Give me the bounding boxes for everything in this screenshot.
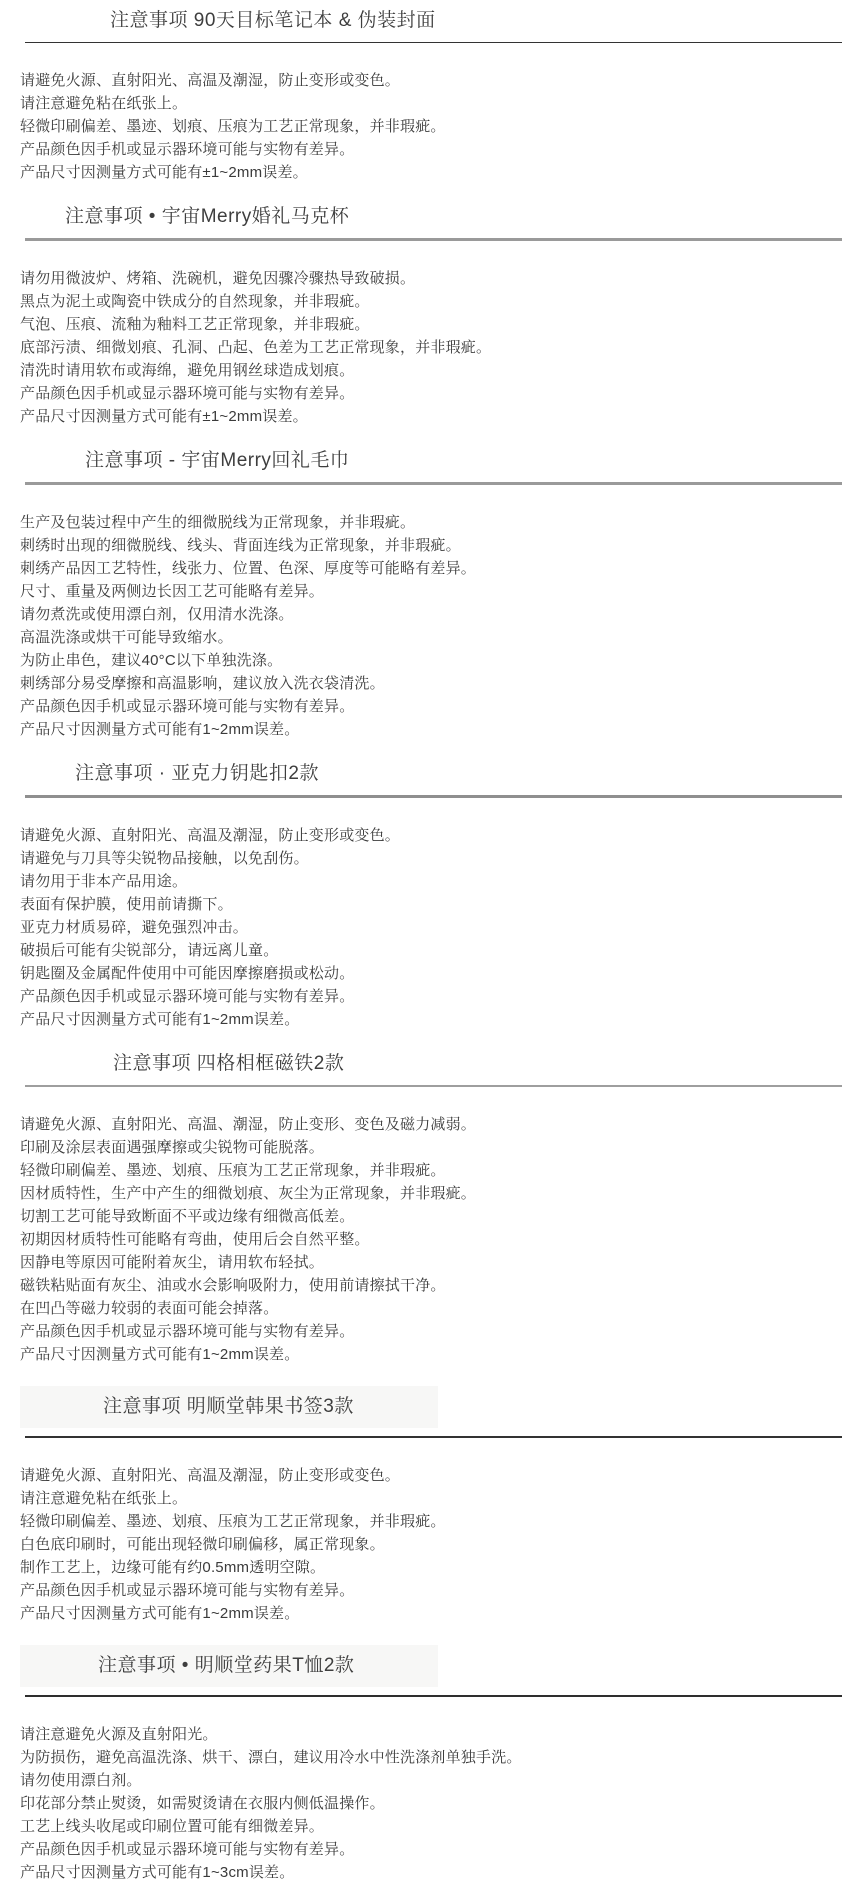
notice-line: 因静电等原因可能附着灰尘，请用软布轻拭。 <box>20 1251 820 1274</box>
section-notebook-cover: 注意事项 90天目标笔记本 & 伪装封面 请避免火源、直射阳光、高温及潮湿，防止… <box>0 8 860 184</box>
section-gift-towel: 注意事项 - 宇宙Merry回礼毛巾 生产及包装过程中产生的细微脱线为正常现象，… <box>0 448 860 741</box>
notice-line: 刺绣产品因工艺特性，线张力、位置、色深、厚度等可能略有差异。 <box>20 557 820 580</box>
section-divider <box>25 238 842 241</box>
notice-line: 产品颜色因手机或显示器环境可能与实物有差异。 <box>20 695 820 718</box>
notice-line: 请避免火源、直射阳光、高温、潮湿，防止变形、变色及磁力减弱。 <box>20 1113 820 1136</box>
notice-line: 请注意避免粘在纸张上。 <box>20 92 820 115</box>
notice-line: 产品颜色因手机或显示器环境可能与实物有差异。 <box>20 985 820 1008</box>
notice-line: 产品颜色因手机或显示器环境可能与实物有差异。 <box>20 382 820 405</box>
notice-line: 请勿煮洗或使用漂白剂，仅用清水洗涤。 <box>20 603 820 626</box>
section-title: 注意事项 • 明顺堂药果T恤2款 <box>20 1653 438 1679</box>
notice-line: 气泡、压痕、流釉为釉料工艺正常现象，并非瑕疵。 <box>20 313 820 336</box>
care-notice-document: 注意事项 90天目标笔记本 & 伪装封面 请避免火源、直射阳光、高温及潮湿，防止… <box>0 0 860 1887</box>
notice-line: 亚克力材质易碎，避免强烈冲击。 <box>20 916 820 939</box>
notice-line: 破损后可能有尖锐部分，请远离儿童。 <box>20 939 820 962</box>
section-yakgwa-tshirt: 注意事项 • 明顺堂药果T恤2款 请注意避免火源及直射阳光。 为防损伤，避免高温… <box>0 1645 860 1884</box>
notice-line: 因材质特性，生产中产生的细微划痕、灰尘为正常现象，并非瑕疵。 <box>20 1182 820 1205</box>
notice-line: 产品颜色因手机或显示器环境可能与实物有差异。 <box>20 1579 820 1602</box>
section-divider <box>25 1085 842 1087</box>
section-divider <box>25 1436 842 1438</box>
notice-list: 请避免火源、直射阳光、高温、潮湿，防止变形、变色及磁力减弱。 印刷及涂层表面遇强… <box>0 1113 860 1366</box>
notice-line: 产品尺寸因测量方式可能有1~3cm误差。 <box>20 1861 820 1884</box>
notice-line: 黑点为泥土或陶瓷中铁成分的自然现象，并非瑕疵。 <box>20 290 820 313</box>
notice-list: 请避免火源、直射阳光、高温及潮湿，防止变形或变色。 请避免与刀具等尖锐物品接触，… <box>0 824 860 1031</box>
notice-line: 产品尺寸因测量方式可能有±1~2mm误差。 <box>20 161 820 184</box>
notice-line: 产品颜色因手机或显示器环境可能与实物有差异。 <box>20 1838 820 1861</box>
notice-line: 刺绣部分易受摩擦和高温影响，建议放入洗衣袋清洗。 <box>20 672 820 695</box>
notice-line: 请注意避免火源及直射阳光。 <box>20 1723 820 1746</box>
notice-line: 白色底印刷时，可能出现轻微印刷偏移，属正常现象。 <box>20 1533 820 1556</box>
notice-line: 轻微印刷偏差、墨迹、划痕、压痕为工艺正常现象，并非瑕疵。 <box>20 115 820 138</box>
notice-line: 产品尺寸因测量方式可能有1~2mm误差。 <box>20 1008 820 1031</box>
notice-list: 请避免火源、直射阳光、高温及潮湿，防止变形或变色。 请注意避免粘在纸张上。 轻微… <box>0 69 860 184</box>
notice-line: 产品颜色因手机或显示器环境可能与实物有差异。 <box>20 1320 820 1343</box>
title-highlight-box: 注意事项 • 明顺堂药果T恤2款 <box>20 1645 438 1687</box>
notice-line: 高温洗涤或烘干可能导致缩水。 <box>20 626 820 649</box>
section-title: 注意事项 - 宇宙Merry回礼毛巾 <box>0 448 860 474</box>
notice-line: 清洗时请用软布或海绵，避免用钢丝球造成划痕。 <box>20 359 820 382</box>
notice-line: 制作工艺上，边缘可能有约0.5mm透明空隙。 <box>20 1556 820 1579</box>
notice-list: 请避免火源、直射阳光、高温及潮湿，防止变形或变色。 请注意避免粘在纸张上。 轻微… <box>0 1464 860 1625</box>
section-acrylic-keyring: 注意事项 · 亚克力钥匙扣2款 请避免火源、直射阳光、高温及潮湿，防止变形或变色… <box>0 761 860 1031</box>
notice-line: 印花部分禁止熨烫，如需熨烫请在衣服内侧低温操作。 <box>20 1792 820 1815</box>
section-title: 注意事项 四格相框磁铁2款 <box>0 1051 860 1077</box>
notice-line: 工艺上线头收尾或印刷位置可能有细微差异。 <box>20 1815 820 1838</box>
notice-line: 为防损伤，避免高温洗涤、烘干、漂白，建议用冷水中性洗涤剂单独手洗。 <box>20 1746 820 1769</box>
notice-line: 请避免与刀具等尖锐物品接触，以免刮伤。 <box>20 847 820 870</box>
notice-line: 产品尺寸因测量方式可能有1~2mm误差。 <box>20 1343 820 1366</box>
notice-line: 产品尺寸因测量方式可能有1~2mm误差。 <box>20 718 820 741</box>
notice-list: 请勿用微波炉、烤箱、洗碗机，避免因骤冷骤热导致破损。 黑点为泥土或陶瓷中铁成分的… <box>0 267 860 428</box>
section-title: 注意事项 明顺堂韩果书签3款 <box>20 1394 438 1420</box>
section-divider <box>25 795 842 798</box>
notice-list: 请注意避免火源及直射阳光。 为防损伤，避免高温洗涤、烘干、漂白，建议用冷水中性洗… <box>0 1723 860 1884</box>
section-divider <box>25 1695 842 1697</box>
title-highlight-box: 注意事项 明顺堂韩果书签3款 <box>20 1386 438 1428</box>
notice-line: 产品颜色因手机或显示器环境可能与实物有差异。 <box>20 138 820 161</box>
notice-line: 生产及包装过程中产生的细微脱线为正常现象，并非瑕疵。 <box>20 511 820 534</box>
notice-line: 请避免火源、直射阳光、高温及潮湿，防止变形或变色。 <box>20 824 820 847</box>
notice-line: 请勿用微波炉、烤箱、洗碗机，避免因骤冷骤热导致破损。 <box>20 267 820 290</box>
notice-list: 生产及包装过程中产生的细微脱线为正常现象，并非瑕疵。 刺绣时出现的细微脱线、线头… <box>0 511 860 741</box>
notice-line: 产品尺寸因测量方式可能有1~2mm误差。 <box>20 1602 820 1625</box>
notice-line: 钥匙圈及金属配件使用中可能因摩擦磨损或松动。 <box>20 962 820 985</box>
notice-line: 印刷及涂层表面遇强摩擦或尖锐物可能脱落。 <box>20 1136 820 1159</box>
notice-line: 请勿用于非本产品用途。 <box>20 870 820 893</box>
notice-line: 底部污渍、细微划痕、孔洞、凸起、色差为工艺正常现象，并非瑕疵。 <box>20 336 820 359</box>
notice-line: 在凹凸等磁力较弱的表面可能会掉落。 <box>20 1297 820 1320</box>
section-divider <box>25 482 842 485</box>
notice-line: 刺绣时出现的细微脱线、线头、背面连线为正常现象，并非瑕疵。 <box>20 534 820 557</box>
notice-line: 尺寸、重量及两侧边长因工艺可能略有差异。 <box>20 580 820 603</box>
section-hangwa-bookmark: 注意事项 明顺堂韩果书签3款 请避免火源、直射阳光、高温及潮湿，防止变形或变色。… <box>0 1386 860 1625</box>
notice-line: 请避免火源、直射阳光、高温及潮湿，防止变形或变色。 <box>20 1464 820 1487</box>
notice-line: 为防止串色，建议40°C以下单独洗涤。 <box>20 649 820 672</box>
section-wedding-mug: 注意事项 • 宇宙Merry婚礼马克杯 请勿用微波炉、烤箱、洗碗机，避免因骤冷骤… <box>0 204 860 428</box>
notice-line: 产品尺寸因测量方式可能有±1~2mm误差。 <box>20 405 820 428</box>
notice-line: 轻微印刷偏差、墨迹、划痕、压痕为工艺正常现象，并非瑕疵。 <box>20 1159 820 1182</box>
section-divider <box>25 42 842 43</box>
notice-line: 表面有保护膜，使用前请撕下。 <box>20 893 820 916</box>
section-title: 注意事项 • 宇宙Merry婚礼马克杯 <box>0 204 860 230</box>
notice-line: 请避免火源、直射阳光、高温及潮湿，防止变形或变色。 <box>20 69 820 92</box>
notice-line: 初期因材质特性可能略有弯曲，使用后会自然平整。 <box>20 1228 820 1251</box>
section-title: 注意事项 90天目标笔记本 & 伪装封面 <box>0 8 860 34</box>
notice-line: 请注意避免粘在纸张上。 <box>20 1487 820 1510</box>
section-photo-frame-magnet: 注意事项 四格相框磁铁2款 请避免火源、直射阳光、高温、潮湿，防止变形、变色及磁… <box>0 1051 860 1366</box>
section-title: 注意事项 · 亚克力钥匙扣2款 <box>0 761 860 787</box>
notice-line: 请勿使用漂白剂。 <box>20 1769 820 1792</box>
notice-line: 轻微印刷偏差、墨迹、划痕、压痕为工艺正常现象，并非瑕疵。 <box>20 1510 820 1533</box>
notice-line: 磁铁粘贴面有灰尘、油或水会影响吸附力，使用前请擦拭干净。 <box>20 1274 820 1297</box>
notice-line: 切割工艺可能导致断面不平或边缘有细微高低差。 <box>20 1205 820 1228</box>
